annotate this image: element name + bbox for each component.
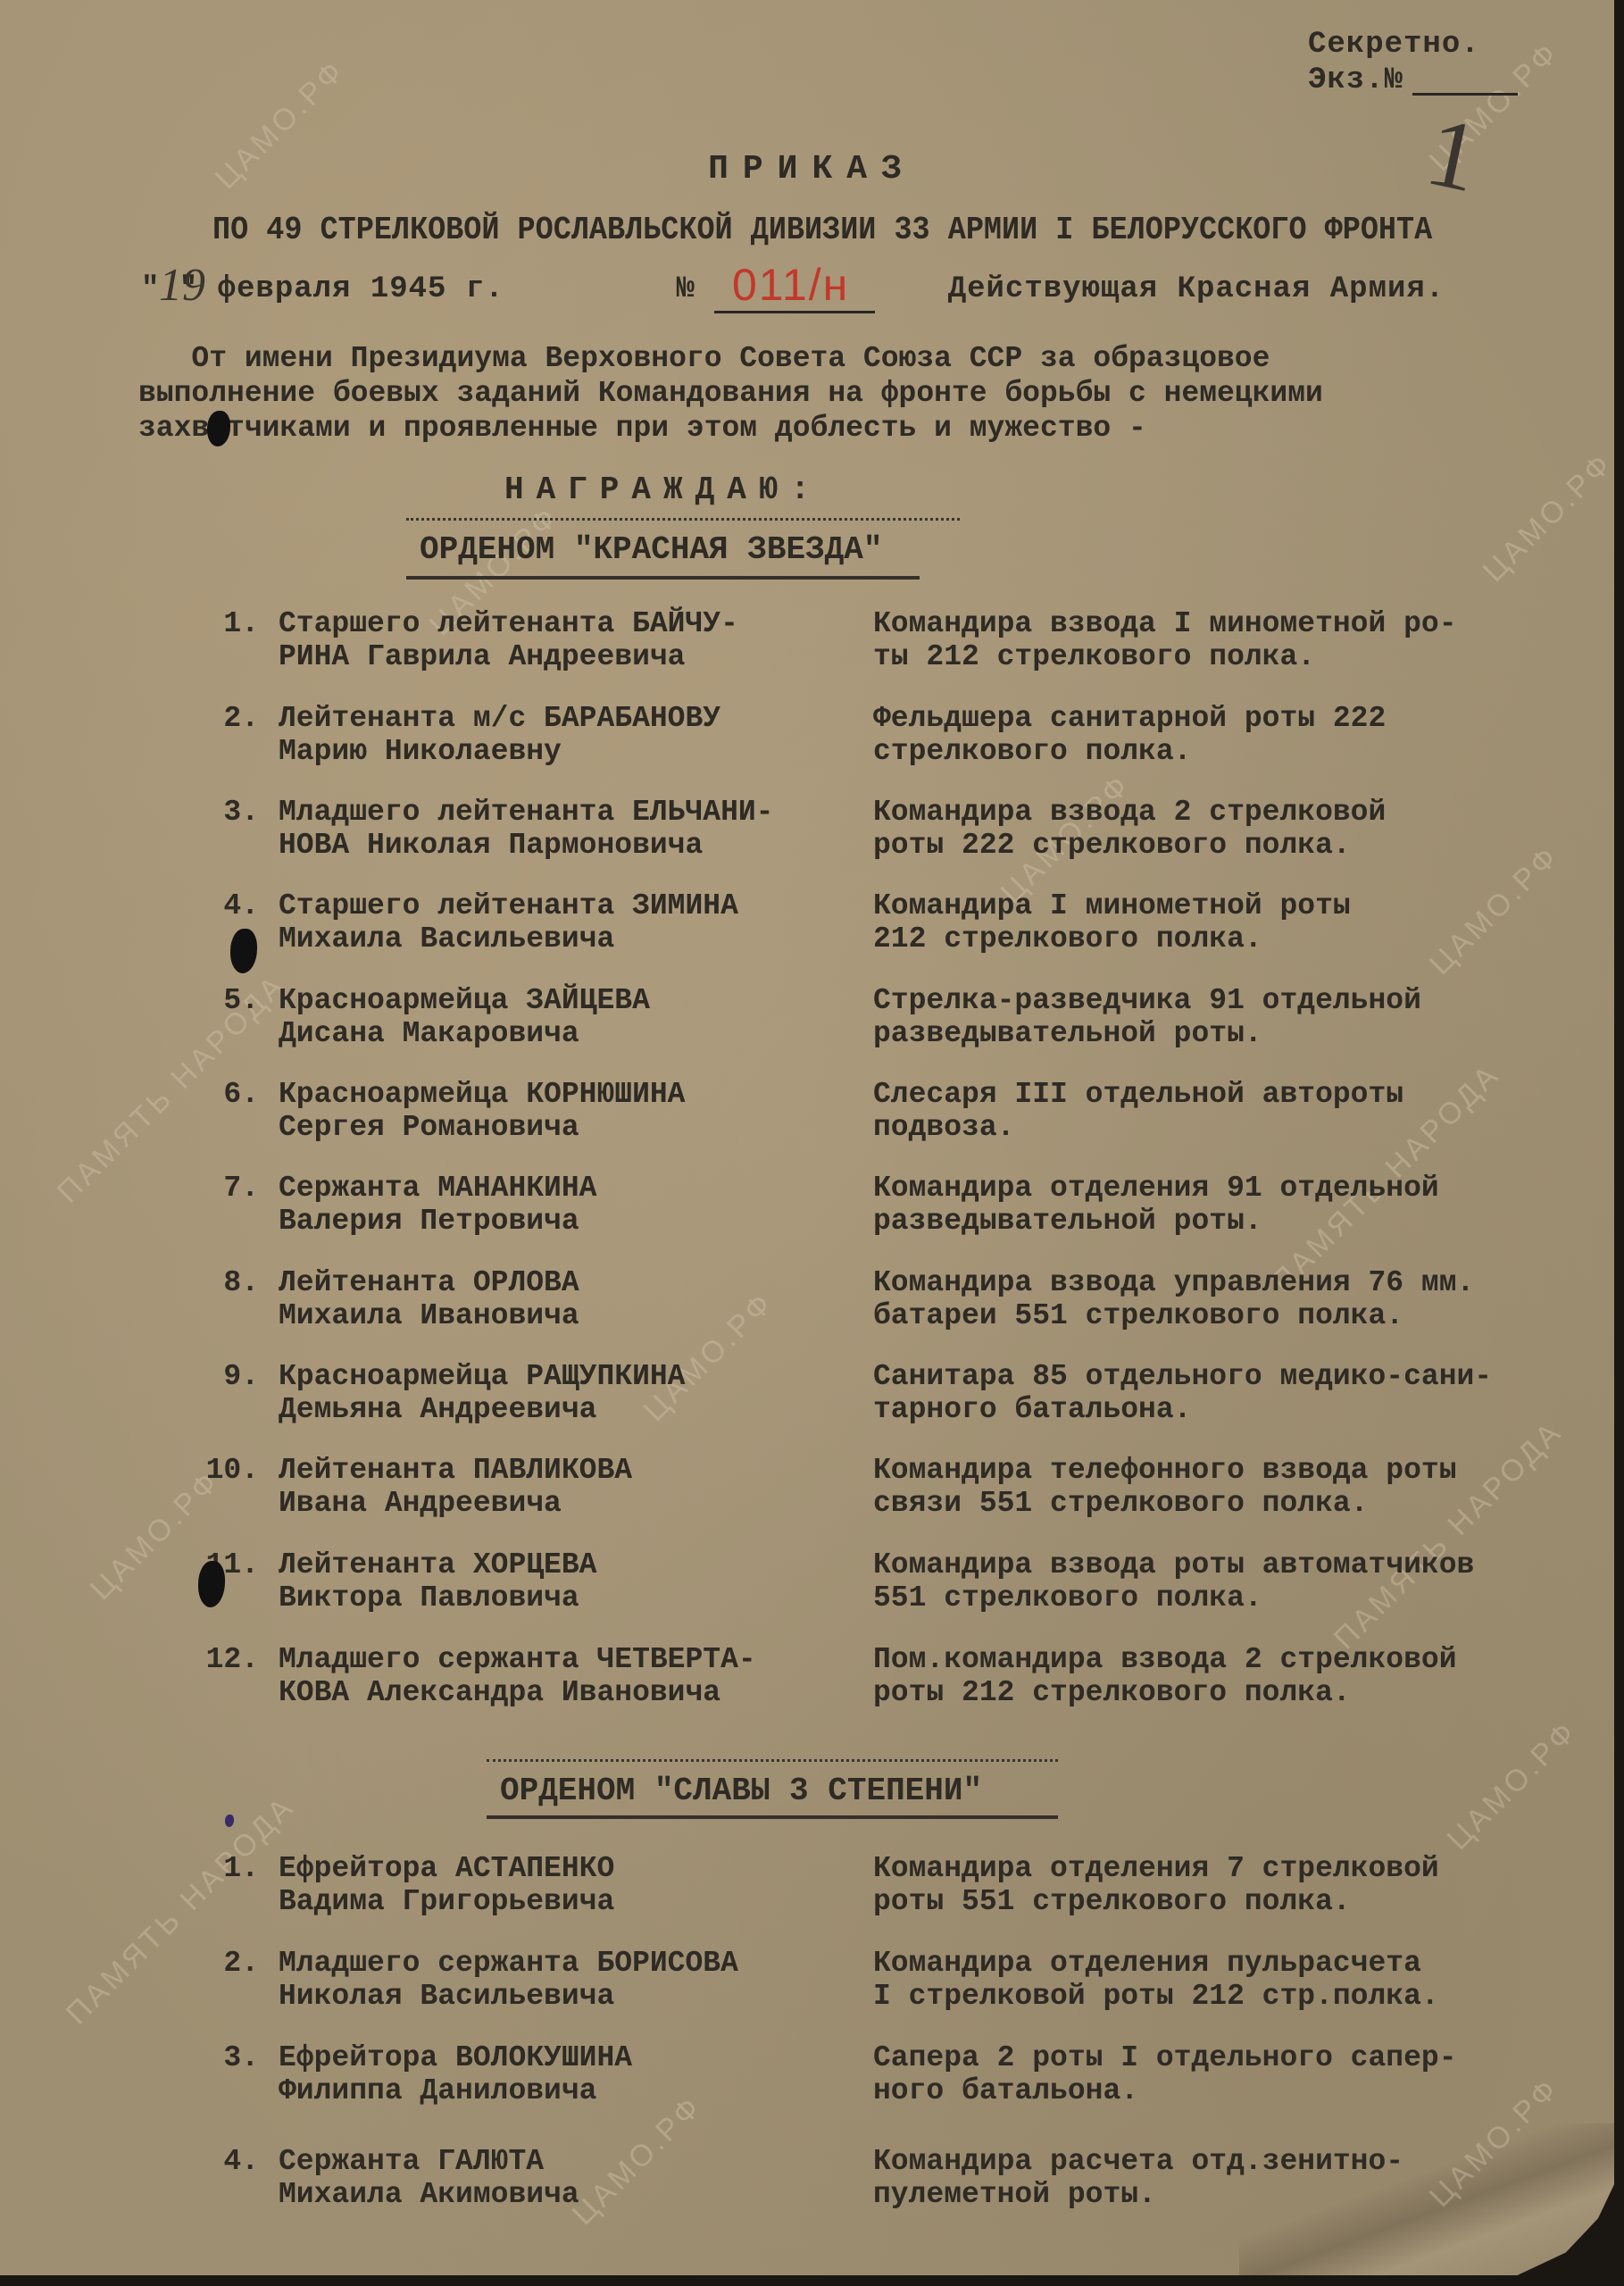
order-number-underline bbox=[714, 311, 875, 313]
entry-number: 12. bbox=[179, 1643, 259, 1676]
recipient-position: Командира отделения 7 стрелковой роты 55… bbox=[873, 1852, 1439, 1918]
recipient-name: Ефрейтора ВОЛОКУШИНА Филиппа Даниловича bbox=[279, 2041, 632, 2107]
recipient-position: Санитара 85 отдельного медико-сани- тарн… bbox=[873, 1360, 1492, 1426]
classification-stamp: Секретно. Экз.№ bbox=[1308, 27, 1480, 98]
recipient-position: Командира взвода I минометной ро- ты 212… bbox=[873, 607, 1457, 673]
watermark: ЦАМО.РФ bbox=[1477, 446, 1620, 589]
watermark: ЦАМО.РФ bbox=[566, 2089, 710, 2232]
recipient-name: Красноармейца РАЩУПКИНА Демьяна Андрееви… bbox=[279, 1360, 685, 1426]
recipient-position: Командира отделения 91 отдельной разведы… bbox=[873, 1172, 1439, 1238]
entry-number: 9. bbox=[179, 1360, 259, 1393]
watermark: ЦАМО.РФ bbox=[1441, 1714, 1585, 1857]
recipient-position: Пом.командира взвода 2 стрелковой роты 2… bbox=[873, 1643, 1457, 1709]
entry-number: 3. bbox=[179, 2041, 259, 2074]
entry-number: 4. bbox=[179, 889, 259, 922]
section-divider-dotted bbox=[487, 1759, 1058, 1765]
watermark: ПАМЯТЬ НАРОДА bbox=[1328, 1414, 1570, 1657]
document-sheet: ЦАМО.РФ ЦАМО.РФ ЦАМО.РФ ЦАМО.РФ ЦАМО.РФ … bbox=[0, 0, 1614, 2275]
entry-number: 5. bbox=[179, 984, 259, 1017]
recipient-position: Командира отделения пульрасчета I стрелк… bbox=[873, 1947, 1439, 2013]
recipient-name: Лейтенанта ОРЛОВА Михаила Ивановича bbox=[279, 1266, 579, 1332]
recipient-name: Младшего сержанта БОРИСОВА Николая Васил… bbox=[279, 1947, 738, 2013]
date-day-handwritten: 19 bbox=[159, 259, 205, 312]
entry-number: 6. bbox=[179, 1078, 259, 1111]
entry-number: 2. bbox=[179, 1947, 259, 1980]
award-heading: НАГРАЖДАЮ: bbox=[504, 471, 822, 508]
recipient-name: Сержанта МАНАНКИНА Валерия Петровича bbox=[279, 1172, 596, 1238]
recipient-name: Старшего лейтенанта ЗИМИНА Михаила Васил… bbox=[279, 889, 738, 955]
order-number-handwritten: 011/н bbox=[732, 259, 849, 311]
classification-label: Секретно. bbox=[1308, 27, 1480, 63]
section-underline bbox=[487, 1815, 1058, 1819]
ink-blot bbox=[225, 1815, 234, 1827]
document-title: ПРИКАЗ bbox=[0, 150, 1624, 188]
entry-number: 2. bbox=[179, 702, 259, 735]
recipient-name: Красноармейца КОРНЮШИНА Сергея Романович… bbox=[279, 1078, 685, 1144]
recipient-position: Сапера 2 роты I отдельного сапер- ного б… bbox=[873, 2041, 1457, 2107]
section-title-glory-3rd: ОРДЕНОМ "СЛАВЫ 3 СТЕПЕНИ" bbox=[500, 1773, 982, 1809]
recipient-name: Лейтенанта ХОРЦЕВА Виктора Павловича bbox=[279, 1548, 596, 1614]
entry-number: 4. bbox=[179, 2145, 259, 2178]
recipient-position: Стрелка-разведчика 91 отдельной разведыв… bbox=[873, 984, 1421, 1050]
section-divider-dotted bbox=[406, 518, 960, 523]
recipient-name: Сержанта ГАЛЮТА Михаила Акимовича bbox=[279, 2145, 579, 2211]
entry-number: 3. bbox=[179, 796, 259, 829]
ink-blot bbox=[198, 1561, 225, 1607]
recipient-name: Младшего сержанта ЧЕТВЕРТА- КОВА Алексан… bbox=[279, 1643, 756, 1709]
recipient-name: Ефрейтора АСТАПЕНКО Вадима Григорьевича bbox=[279, 1852, 614, 1918]
recipient-position: Командира расчета отд.зенитно- пулеметно… bbox=[873, 2145, 1403, 2211]
entry-number: 7. bbox=[179, 1172, 259, 1205]
section-underline bbox=[406, 576, 920, 580]
recipient-position: Фельдшера санитарной роты 222 стрелковог… bbox=[873, 702, 1386, 768]
recipient-position: Командира взвода управления 76 мм. батар… bbox=[873, 1266, 1474, 1332]
ink-blot bbox=[230, 929, 257, 973]
number-sign: № bbox=[676, 272, 695, 306]
recipient-name: Красноармейца ЗАЙЦЕВА Дисана Макаровича bbox=[279, 984, 650, 1050]
preamble-text: От имени Президиума Верховного Совета Со… bbox=[138, 341, 1323, 446]
recipient-position: Слесаря III отдельной автороты подвоза. bbox=[873, 1078, 1403, 1144]
watermark: ПАМЯТЬ НАРОДА bbox=[60, 1790, 303, 2032]
location-text: Действующая Красная Армия. bbox=[948, 272, 1445, 306]
entry-number: 1. bbox=[179, 607, 259, 640]
recipient-name: Старшего лейтенанта БАЙЧУ- РИНА Гаврила … bbox=[279, 607, 738, 673]
recipient-position: Командира телефонного взвода роты связи … bbox=[873, 1454, 1457, 1520]
watermark: ЦАМО.РФ bbox=[1423, 838, 1567, 982]
recipient-name: Лейтенанта м/с БАРАБАНОВУ Марию Николаев… bbox=[279, 702, 720, 768]
entry-number: 1. bbox=[179, 1852, 259, 1885]
issuing-unit: ПО 49 СТРЕЛКОВОЙ РОСЛАВЛЬСКОЙ ДИВИЗИИ 33… bbox=[212, 212, 1432, 248]
recipient-name: Лейтенанта ПАВЛИКОВА Ивана Андреевича bbox=[279, 1454, 632, 1520]
section-title-red-star: ОРДЕНОМ "КРАСНАЯ ЗВЕЗДА" bbox=[420, 531, 882, 568]
recipient-name: Младшего лейтенанта ЕЛЬЧАНИ- НОВА Никола… bbox=[279, 796, 774, 862]
recipient-position: Командира взвода роты автоматчиков 551 с… bbox=[873, 1548, 1474, 1614]
entry-number: 10. bbox=[179, 1454, 259, 1487]
recipient-position: Командира взвода 2 стрелковой роты 222 с… bbox=[873, 796, 1386, 862]
copy-number-underline bbox=[1412, 93, 1518, 96]
recipient-position: Командира I минометной роты 212 стрелков… bbox=[873, 889, 1351, 955]
entry-number: 8. bbox=[179, 1266, 259, 1299]
